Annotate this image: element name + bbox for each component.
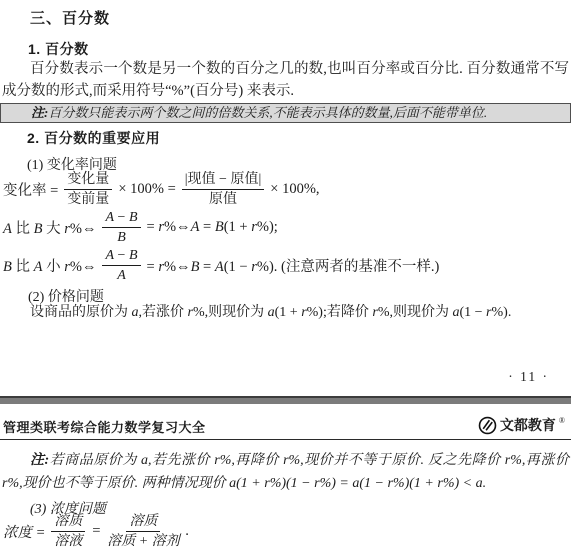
formula-mid: × 100% = (118, 181, 175, 198)
fraction: 变化量 变前量 (64, 171, 112, 208)
fraction: |现值 − 原值| 原值 (182, 171, 265, 208)
rate-of-change-formula: 变化率 = 变化量 变前量 × 100% = |现值 − 原值| 原值 × 10… (3, 171, 320, 208)
section-heading: 三、百分数 (30, 7, 110, 28)
fraction-numerator: A − B (102, 247, 140, 266)
fraction-denominator: 原值 (209, 190, 237, 208)
publisher-logo: 文都教育 ® (478, 415, 565, 435)
fraction-numerator: A − B (102, 209, 140, 228)
running-head-book-title: 管理类联考综合能力数学复习大全 (3, 417, 206, 436)
fraction: 溶质 溶液 (51, 513, 85, 550)
fraction: A − B B (102, 209, 140, 246)
note-label: 注: (31, 105, 48, 120)
fraction-denominator: 变前量 (67, 190, 109, 208)
registered-mark: ® (559, 416, 565, 425)
subsection-1-title: 1. 百分数 (28, 39, 89, 59)
wendu-logo-icon (478, 416, 497, 435)
header-rule (0, 439, 571, 440)
formula-suffix: = r%⇔A = B(1 + r%); (147, 219, 278, 236)
fraction-numerator: 溶质 (126, 513, 160, 532)
brand-name: 文都教育 (500, 415, 556, 435)
fraction-numerator: 变化量 (64, 171, 112, 190)
formula-prefix: B 比 A 小 r%⇔ (3, 255, 96, 276)
fraction-denominator: B (117, 228, 126, 246)
percentage-definition-paragraph: 百分数表示一个数是另一个数的百分之几的数,也叫百分率或百分比. 百分数通常不写成… (2, 59, 569, 102)
a-greater-than-b-formula: A 比 B 大 r%⇔ A − B B = r%⇔A = B(1 + r%); (3, 209, 278, 246)
fraction-numerator: |现值 − 原值| (182, 171, 265, 190)
formula-prefix: A 比 B 大 r%⇔ (3, 217, 96, 238)
formula-suffix: . (186, 523, 190, 540)
textbook-page: 三、百分数 1. 百分数 百分数表示一个数是另一个数的百分之几的数,也叫百分率或… (0, 0, 571, 554)
price-note-paragraph: 注:若商品原价为 a,若先涨价 r%,再降价 r%,现价并不等于原价. 反之先降… (2, 450, 569, 495)
b-less-than-a-formula: B 比 A 小 r%⇔ A − B A = r%⇔B = A(1 − r%). … (3, 247, 439, 284)
fraction-numerator: 溶质 (51, 513, 85, 532)
formula-mid: = (91, 523, 101, 540)
fraction-denominator: A (117, 266, 126, 284)
fraction: A − B A (102, 247, 140, 284)
subsection-2-title: 2. 百分数的重要应用 (27, 128, 160, 148)
fraction-denominator: 溶液 (54, 532, 82, 550)
page-number: · 11 · (508, 369, 549, 385)
fraction: 溶质 溶质 + 溶剂 (107, 513, 179, 550)
note-text: 百分数只能表示两个数之间的倍数关系,不能表示具体的数量,后面不能带单位. (48, 105, 487, 120)
page-break-divider (0, 396, 571, 404)
formula-suffix: = r%⇔B = A(1 − r%). (注意两者的基准不一样.) (147, 255, 440, 276)
note-label: 注: (30, 453, 49, 468)
note-text: 若商品原价为 a,若先涨价 r%,再降价 r%,现价并不等于原价. 反之先降价 … (2, 453, 569, 491)
formula-prefix: 变化率 = (3, 179, 58, 200)
note-bar: 注:百分数只能表示两个数之间的倍数关系,不能表示具体的数量,后面不能带单位. (0, 103, 571, 123)
fraction-denominator: 溶质 + 溶剂 (107, 532, 179, 550)
price-problem-line: 设商品的原价为 a,若涨价 r%,则现价为 a(1 + r%);若降价 r%,则… (30, 302, 568, 324)
formula-suffix: × 100%, (270, 181, 319, 198)
formula-prefix: 浓度 = (3, 521, 45, 542)
concentration-formula: 浓度 = 溶质 溶液 = 溶质 溶质 + 溶剂 . (3, 513, 189, 550)
